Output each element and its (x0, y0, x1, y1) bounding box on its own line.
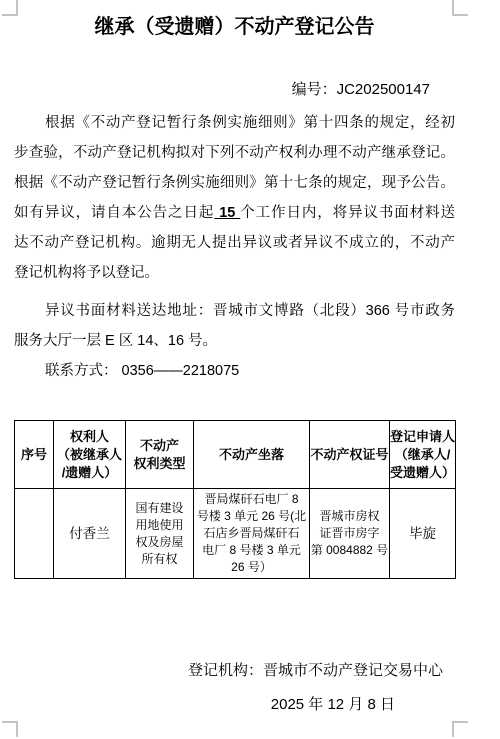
cell-seq (15, 489, 54, 579)
cell-owner: 付香兰 (54, 489, 126, 579)
notice-date: 2025 年 12 月 8 日 (14, 697, 455, 713)
cell-applicant: 毕旋 (390, 489, 456, 579)
para-line: 根据《不动产登记暂行条例实施细则》第十四条的规定，经初 (14, 108, 455, 138)
cell-cert-no: 晋城市房权 证晋市房字 第 0084882 号 (310, 489, 390, 579)
para-line: 登记机构将予以登记。 (14, 258, 455, 288)
col-header-location: 不动产坐落 (194, 421, 310, 489)
registration-table: 序号 权利人 （被继承人 /遗赠人） 不动产 权利类型 不动产坐落 不动产权证号… (14, 420, 456, 579)
cell-right-type: 国有建设 用地使用 权及房屋 所有权 (126, 489, 194, 579)
contact-line: 联系方式： 0356——2218075 (14, 356, 455, 386)
notice-page: 继承（受遗赠）不动产登记公告 编号：JC202500147 根据《不动产登记暂行… (0, 0, 500, 739)
table-row: 付香兰 国有建设 用地使用 权及房屋 所有权 晋局煤矸石电厂 8 号楼 3 单元… (15, 489, 456, 579)
paragraph-regulation: 根据《不动产登记暂行条例实施细则》第十四条的规定，经初 步查验，不动产登记机构拟… (14, 108, 455, 288)
table-header-row: 序号 权利人 （被继承人 /遗赠人） 不动产 权利类型 不动产坐落 不动产权证号… (15, 421, 456, 489)
col-header-owner: 权利人 （被继承人 /遗赠人） (54, 421, 126, 489)
paragraph-address: 异议书面材料送达地址：晋城市文博路（北段）366 号市政务 服务大厅一层 E 区… (14, 296, 455, 356)
objection-clause-prefix: 如有异议，请自本公告之日起 (14, 205, 214, 221)
para-line: 步查验，不动产登记机构拟对下列不动产权利办理不动产继承登记。 (14, 138, 455, 168)
crop-mark-bottom-right (452, 721, 468, 737)
para-line: 根据《不动产登记暂行条例实施细则》第十七条的规定，现予公告。 (14, 168, 455, 198)
cell-location: 晋局煤矸石电厂 8 号楼 3 单元 26 号(北 石店乡晋局煤矸石 电厂 8 号… (194, 489, 310, 579)
para-line: 达不动产登记机构。逾期无人提出异议或者异议不成立的，不动产 (14, 228, 455, 258)
col-header-right-type: 不动产 权利类型 (126, 421, 194, 489)
registration-agency: 登记机构：晋城市不动产登记交易中心 (14, 663, 455, 679)
page-content: 继承（受遗赠）不动产登记公告 编号：JC202500147 根据《不动产登记暂行… (14, 0, 455, 713)
para-line: 服务大厅一层 E 区 14、16 号。 (14, 326, 455, 356)
crop-mark-bottom-left (2, 721, 18, 737)
para-line: 异议书面材料送达地址：晋城市文博路（北段）366 号市政务 (14, 296, 455, 326)
objection-clause-suffix: 个工作日内，将异议书面材料送 (240, 205, 455, 221)
para-line: 如有异议，请自本公告之日起 15 个工作日内，将异议书面材料送 (14, 198, 455, 228)
col-header-seq: 序号 (15, 421, 54, 489)
paragraph-contact: 联系方式： 0356——2218075 (14, 356, 455, 386)
col-header-cert-no: 不动产权证号 (310, 421, 390, 489)
objection-days: 15 (214, 205, 240, 221)
doc-number: 编号：JC202500147 (14, 82, 455, 98)
col-header-applicant: 登记申请人 （继承人/ 受遗赠人） (390, 421, 456, 489)
notice-title: 继承（受遗赠）不动产登记公告 (14, 14, 455, 40)
